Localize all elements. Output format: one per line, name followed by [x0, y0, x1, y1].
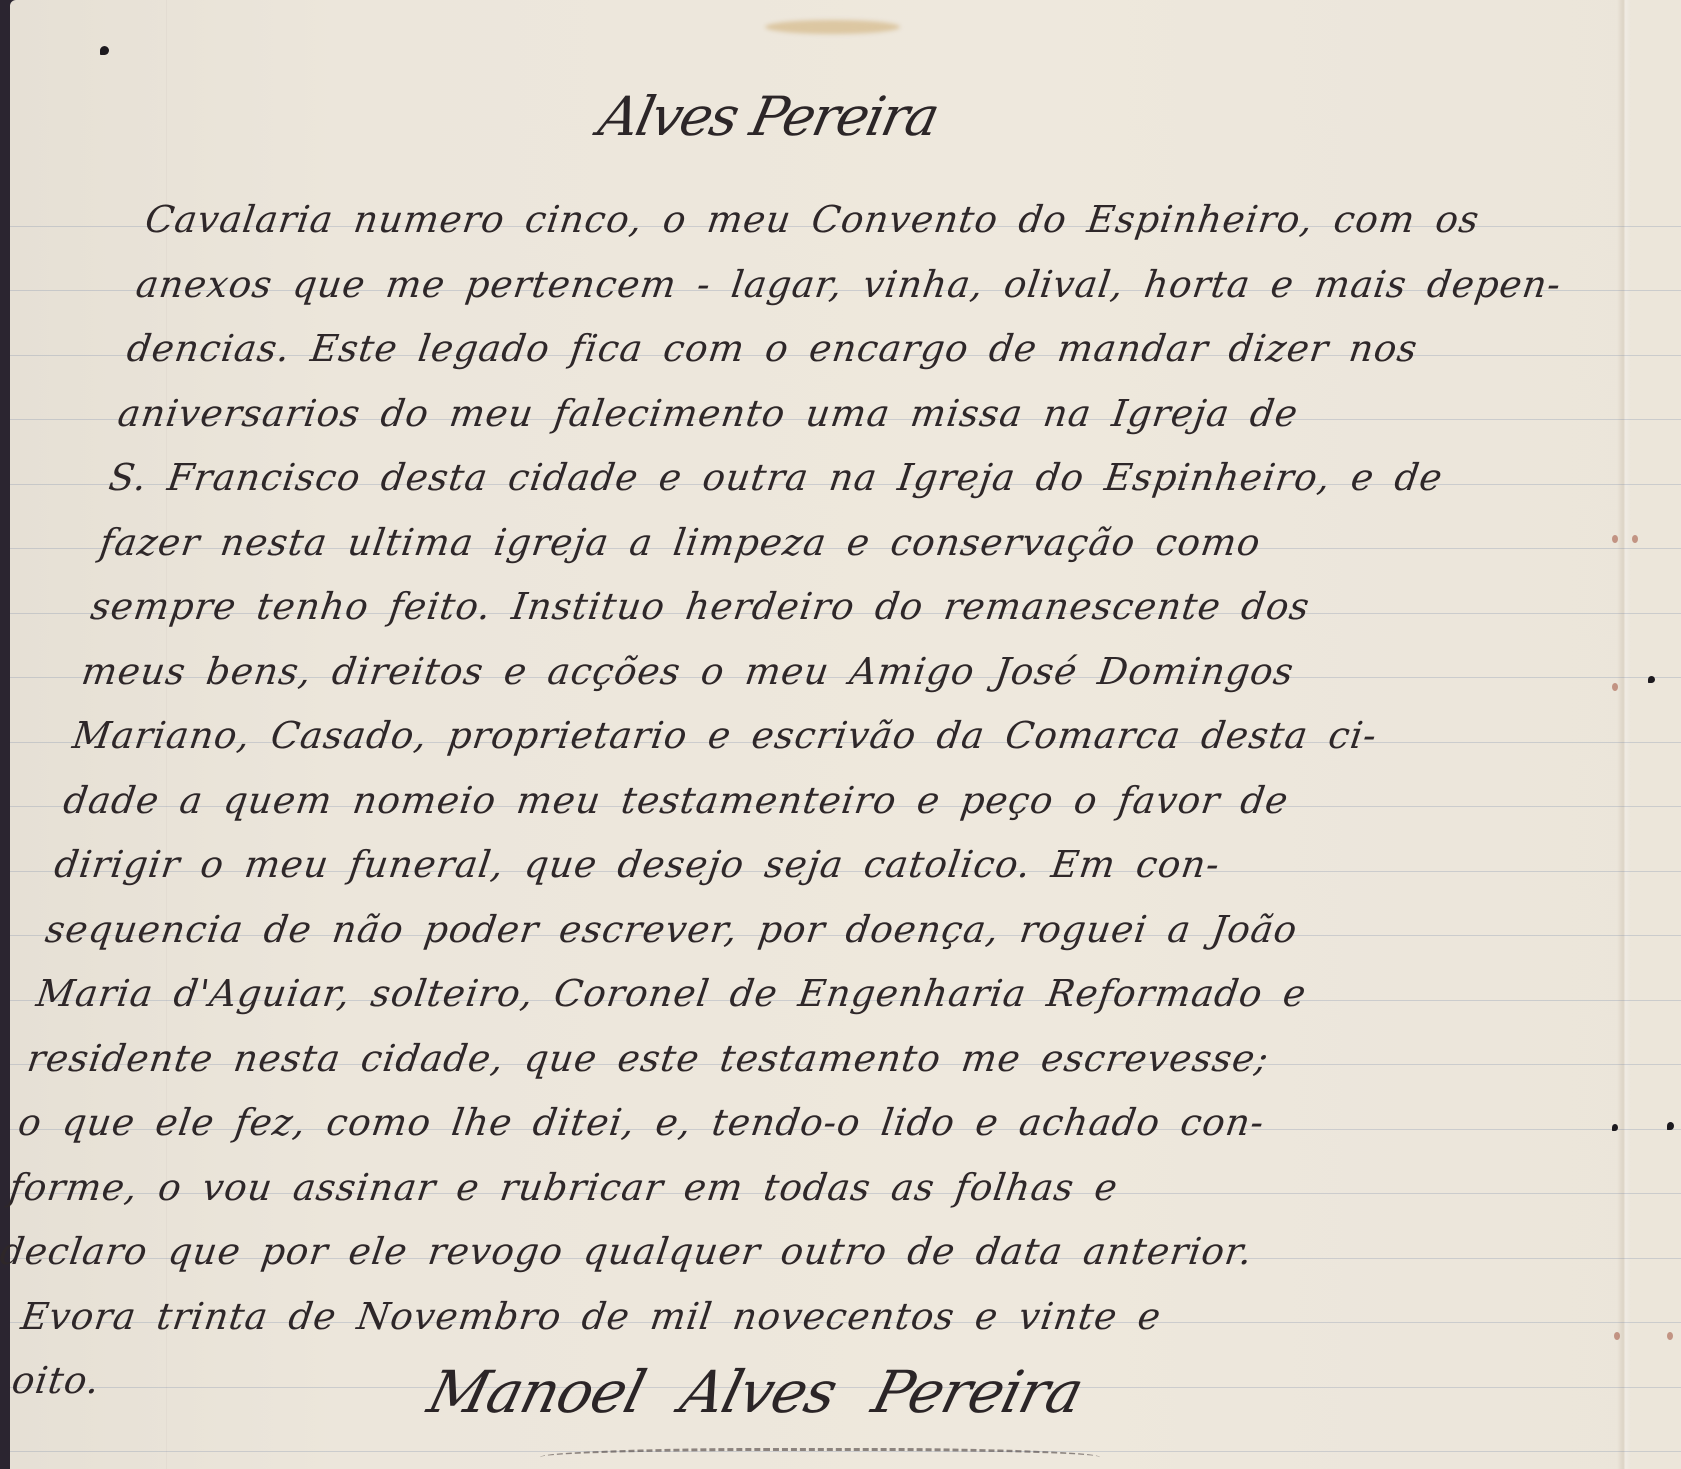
- ink-blot: [1648, 676, 1655, 683]
- text-line: sequencia de não poder escrever, por doe…: [41, 898, 1490, 963]
- text-line: o que ele fez, como lhe ditei, e, tendo-…: [14, 1091, 1463, 1156]
- ink-blot: [100, 46, 109, 55]
- document-scan: Alves Pereira Cavalaria numero cinco, o …: [0, 0, 1681, 1469]
- date-line: Evora trinta de Novembro de mil novecent…: [0, 1285, 1436, 1350]
- testator-signature: Manoel Alves Pereira: [422, 1358, 1090, 1426]
- text-line: aniversarios do meu falecimento uma miss…: [114, 382, 1563, 447]
- pin-hole: [1667, 1332, 1673, 1340]
- text-line: forme, o vou assinar e rubricar em todas…: [5, 1156, 1454, 1221]
- pin-hole: [1612, 683, 1618, 691]
- text-line: anexos que me pertencem - lagar, vinha, …: [132, 253, 1581, 318]
- ink-blot: [1667, 1122, 1674, 1130]
- pin-hole: [1614, 1332, 1620, 1340]
- text-line: Maria d'Aguiar, solteiro, Coronel de Eng…: [32, 962, 1481, 1027]
- text-line: sempre tenho feito. Instituo herdeiro do…: [87, 575, 1536, 640]
- ink-blot: [1612, 1124, 1618, 1131]
- text-line: S. Francisco desta cidade e outra na Igr…: [105, 446, 1554, 511]
- text-line: dencias. Este legado fica com o encargo …: [123, 317, 1572, 382]
- text-line: Mariano, Casado, proprietario e escrivão…: [68, 704, 1517, 769]
- partial-signature-line: [540, 1448, 1100, 1469]
- page-fold: [1617, 0, 1631, 1469]
- pin-hole: [1632, 535, 1638, 543]
- text-line: Cavalaria numero cinco, o meu Convento d…: [141, 188, 1590, 253]
- header-rubric: Alves Pereira: [593, 85, 943, 148]
- adjacent-page-edge: [1631, 0, 1681, 1469]
- paper-stain: [765, 20, 900, 34]
- text-line: dirigir o meu funeral, que desejo seja c…: [50, 833, 1499, 898]
- text-line: fazer nesta ultima igreja a limpeza e co…: [96, 511, 1545, 576]
- text-line: residente nesta cidade, que este testame…: [23, 1027, 1472, 1092]
- text-line: declaro que por ele revogo qualquer outr…: [0, 1220, 1445, 1285]
- text-line: dade a quem nomeio meu testamenteiro e p…: [59, 769, 1508, 834]
- will-body-text: Cavalaria numero cinco, o meu Convento d…: [0, 188, 1590, 1414]
- text-line: meus bens, direitos e acções o meu Amigo…: [77, 640, 1526, 705]
- pin-hole: [1612, 535, 1618, 543]
